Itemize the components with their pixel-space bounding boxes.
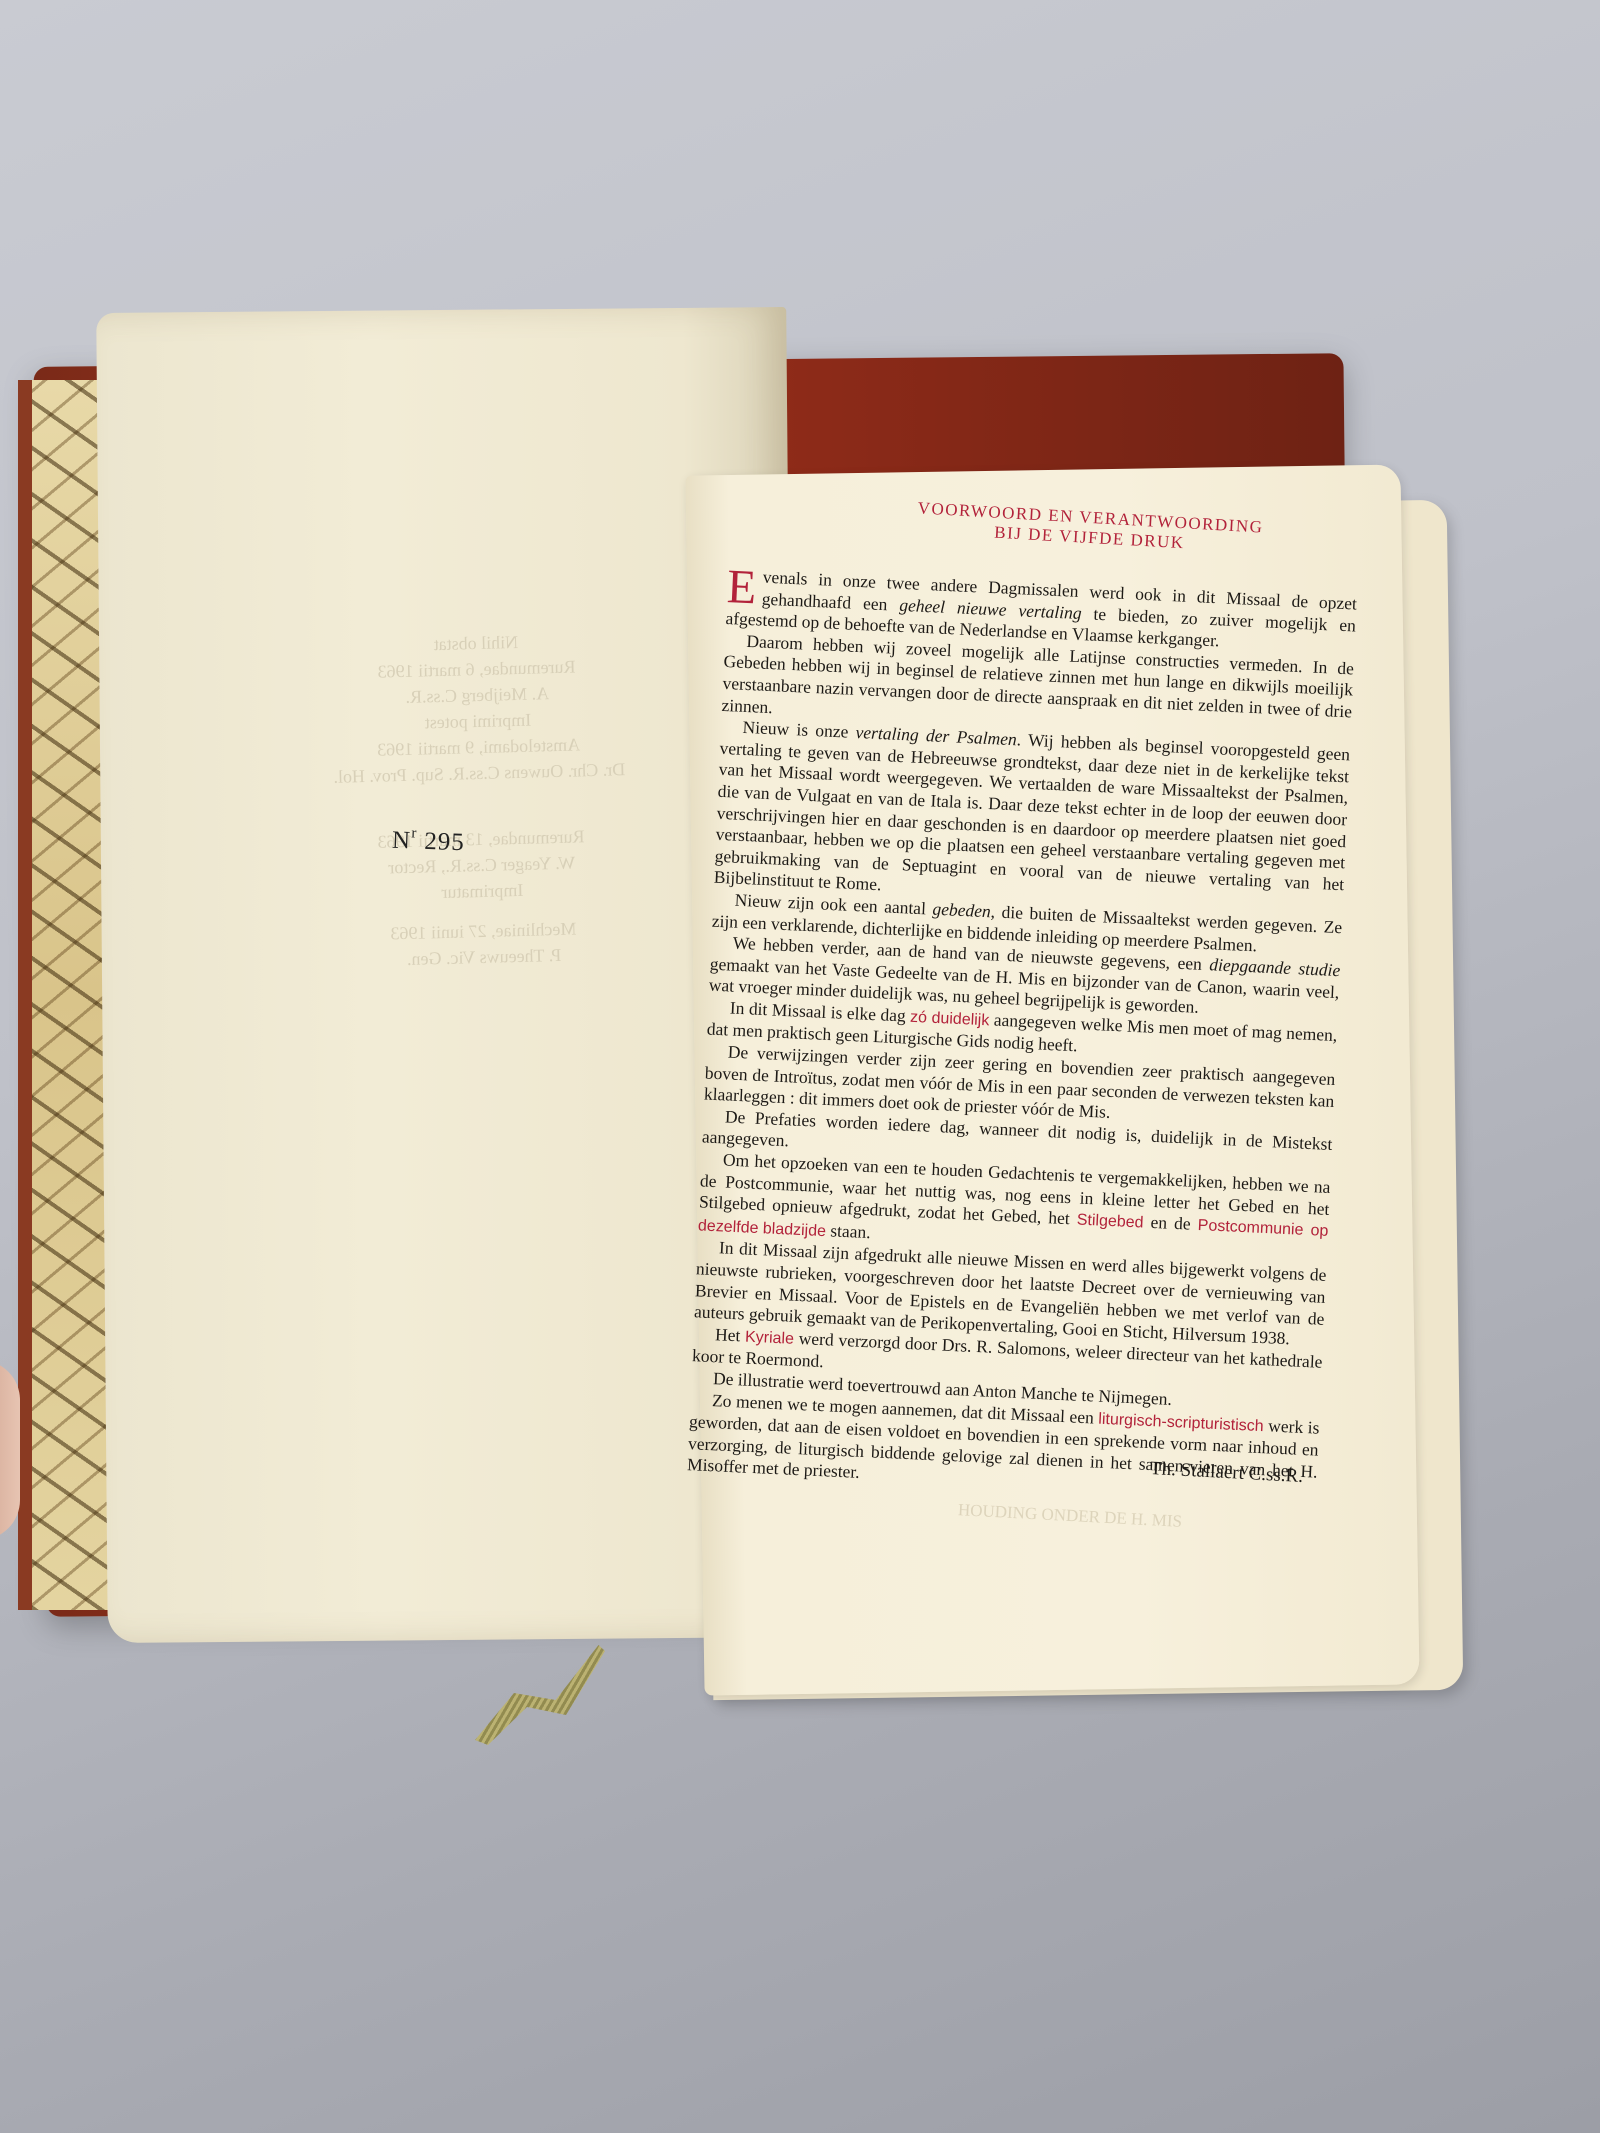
bookmark-ribbon: [475, 1645, 605, 1745]
copy-number: NrNr 295: [392, 827, 466, 858]
thumb: [0, 1360, 20, 1540]
drop-cap: E: [726, 567, 757, 608]
paragraph: Nieuw is onze vertaling der Psalmen. Wij…: [713, 716, 1350, 917]
copy-number-value: 295: [424, 828, 465, 856]
foreword-body: Evenals in onze twee andere Dagmissalen …: [687, 565, 1358, 1505]
book-photo: Nihil obstat Ruremundae, 6 martii 1963 A…: [0, 0, 1600, 2133]
left-page-show-through: Nihil obstat Ruremundae, 6 martii 1963 A…: [296, 625, 665, 974]
